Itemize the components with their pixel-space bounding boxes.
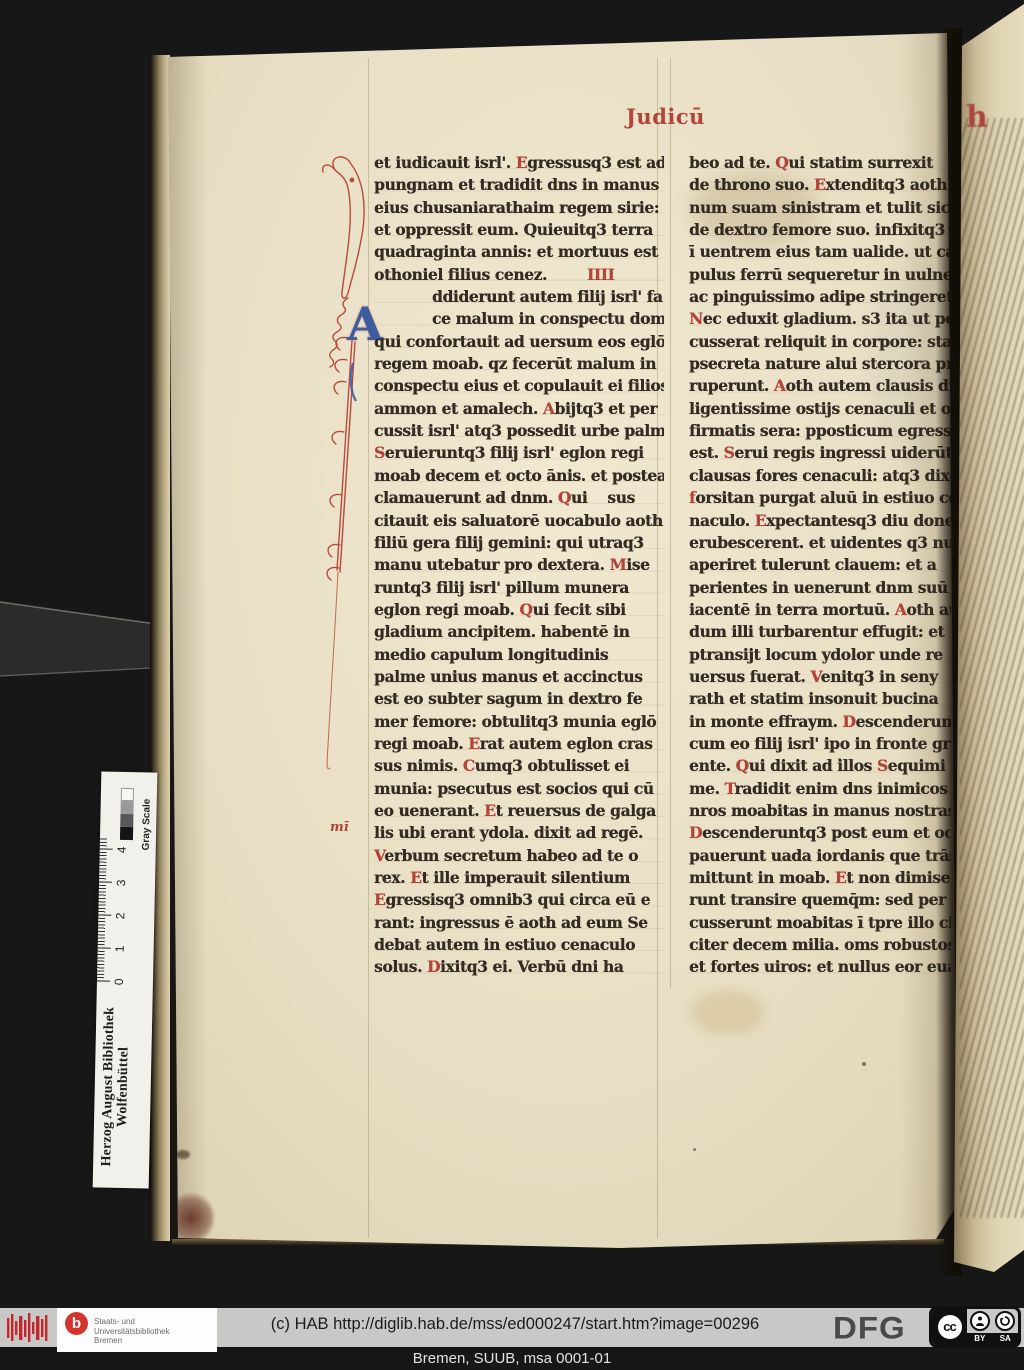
parchment-stain: [176, 1150, 190, 1159]
manuscript-line: sus nimis. Cumq3 obtulisset ei: [374, 755, 664, 777]
manuscript-line: ce malum in conspectu domini:: [432, 308, 664, 330]
manuscript-line: eo uenerant. Et reuersus de galga: [374, 800, 664, 822]
manuscript-line: de dextro femore suo. infixitq3 eā: [689, 219, 951, 241]
bremen-barcode-logo: [5, 1311, 51, 1344]
manuscript-line: perientes in uenerunt dnm suū: [689, 577, 951, 599]
page-shading-left: [168, 57, 208, 1242]
manuscript-line: munia: psecutus est socios qui cū: [374, 778, 664, 800]
manuscript-line: dum illi turbarentur effugit: et: [689, 621, 951, 643]
manuscript-line: lis ubi erant ydola. dixit ad regē.: [374, 822, 664, 844]
ruler-ticks: [97, 837, 113, 987]
manuscript-line: cusserat reliquit in corpore: stati: [689, 331, 951, 353]
manuscript-line: conspectu eius et copulauit ei filios: [374, 375, 664, 397]
manuscript-line: Verbum secretum habeo ad te o: [374, 845, 664, 867]
manuscript-line: psecreta nature alui stercora pro: [689, 353, 951, 375]
manuscript-line: ac pinguissimo adipe stringeret.: [689, 286, 951, 308]
ruler-number: 0: [112, 976, 126, 988]
manuscript-line: palme unius manus et accinctus: [374, 666, 664, 688]
copyright-url: (c) HAB http://diglib.hab.de/mss/ed00024…: [225, 1315, 805, 1334]
dfg-logo: DFG: [833, 1309, 906, 1346]
manuscript-line: est eo subter sagum in dextro fe: [374, 688, 664, 710]
manuscript-line: pulus ferrū sequeretur in uulne.: [689, 264, 951, 286]
manuscript-line: rath et statim insonuit bucina: [689, 688, 951, 710]
manuscript-line: rant: ingressus ē aoth ad eum Se: [374, 912, 664, 934]
manuscript-line: clausas fores cenaculi: atq3 dixerūt.: [689, 465, 951, 487]
manuscript-line: regi moab. Erat autem eglon cras: [374, 733, 664, 755]
manuscript-line: in monte effraym. Descenderuntq3: [689, 711, 951, 733]
page-stack-edge: [150, 55, 170, 1241]
manuscript-line: rex. Et ille imperauit silentium: [374, 867, 664, 889]
manuscript-line: de throno suo. Extenditq3 aoth ma: [689, 174, 951, 196]
manuscript-line: qui confortauit ad uersum eos eglō: [374, 331, 664, 353]
grayscale-swatch-dark: [120, 814, 133, 827]
text-column-2: beo ad te. Qui statim surrexitde throno …: [689, 152, 951, 979]
manuscript-line: clamauerunt ad dnm. Qui sus: [374, 487, 664, 509]
manuscript-line: debat autem in estiuo cenaculo: [374, 934, 664, 956]
ruler-number: 1: [113, 943, 127, 955]
ruler-number: 3: [114, 877, 128, 889]
manuscript-line: quadraginta annis: et mortuus est: [374, 241, 664, 263]
grayscale-label: Gray Scale: [141, 799, 153, 851]
grayscale-swatch-white: [121, 788, 134, 801]
page-holder-band: [0, 588, 172, 684]
manuscript-line: manu utebatur pro dextera. Mise: [374, 554, 664, 576]
manuscript-line: et oppressit eum. Quieuitq3 terra: [374, 219, 664, 241]
marginal-note: mī: [330, 820, 349, 835]
manuscript-line: ī uentrem eius tam ualide. ut ca: [689, 241, 951, 263]
reference-ruler: Herzog August Bibliothek Wolfenbüttel 01…: [93, 771, 158, 1188]
manuscript-line: cusserunt moabitas ī tpre illo cir: [689, 912, 951, 934]
manuscript-line: uersus fuerat. Venitq3 in seny: [689, 666, 951, 688]
manuscript-line: runtq3 filij isrl' pillum munera: [374, 577, 664, 599]
parchment-speck: [862, 1062, 866, 1066]
cc-license-labels: BYSA: [967, 1333, 1018, 1345]
image-caption: Bremen, SUUB, msa 0001-01: [0, 1350, 1024, 1367]
manuscript-line: naculo. Expectantesq3 diu donec: [689, 510, 951, 532]
ruler-library-name: Herzog August Bibliothek Wolfenbüttel: [99, 986, 133, 1189]
manuscript-line: est. Serui regis ingressi uiderūt: [689, 442, 951, 464]
bremen-library-logo: b Staats- und Universitätsbibliothek Bre…: [57, 1308, 217, 1352]
ruling-line: [670, 58, 671, 988]
parchment-stain: [168, 1192, 214, 1244]
manuscript-line: gladium ancipitem. habentē in: [374, 621, 664, 643]
manuscript-line: ruperunt. Aoth autem clausis di: [689, 375, 951, 397]
ruler-number: 4: [115, 844, 129, 856]
manuscript-line: Seruieruntq3 filij isrl' eglon regi: [374, 442, 664, 464]
bremen-logo-icon: b: [65, 1312, 88, 1335]
manuscript-line: citauit eis saluatorē uocabulo aoth: [374, 510, 664, 532]
manuscript-line: solus. Dixitq3 ei. Verbū dni ha: [374, 956, 664, 978]
manuscript-line: firmatis sera: pposticum egress9: [689, 420, 951, 442]
parchment-stain: [690, 990, 765, 1035]
text-column-1: et iudicauit isrl'. Egressusq3 est adpun…: [374, 152, 664, 979]
manuscript-line: ammon et amalech. Abijtq3 et per: [374, 398, 664, 420]
manuscript-line: Nec eduxit gladium. s3 ita ut per: [689, 308, 951, 330]
cc-sa-arrow-icon: [995, 1311, 1015, 1331]
grayscale-swatch-black: [120, 827, 133, 840]
manuscript-line: et iudicauit isrl'. Egressusq3 est ad: [374, 152, 664, 174]
manuscript-line: ente. Qui dixit ad illos Sequimi: [689, 755, 951, 777]
manuscript-line: pungnam et tradidit dns in manus: [374, 174, 664, 196]
cc-by-person-icon: [970, 1311, 990, 1331]
manuscript-line: cussit isrl' atq3 possedit urbe palmar: [374, 420, 664, 442]
parchment-speck: [693, 1148, 696, 1151]
manuscript-line: erubescerent. et uidentes q3 null9: [689, 532, 951, 554]
manuscript-line: ligentissime ostijs cenaculi et ob: [689, 398, 951, 420]
manuscript-line: forsitan purgat aluū in estiuo ce: [689, 487, 951, 509]
facing-page-initial: h: [966, 100, 988, 135]
manuscript-line: me. Tradidit enim dns inimicos: [689, 778, 951, 800]
grayscale-swatch-mid: [120, 801, 133, 814]
manuscript-line: ptransijt locum ydolor unde re: [689, 644, 951, 666]
manuscript-line: runt transire quemq̄m: sed per: [689, 889, 951, 911]
manuscript-line: citer decem milia. oms robustos: [689, 934, 951, 956]
bremen-logo-text: Staats- und Universitätsbibliothek Breme…: [94, 1317, 170, 1346]
manuscript-line: eglon regi moab. Qui fecit sibi: [374, 599, 664, 621]
manuscript-line: Egressisq3 omnib3 qui circa eū e: [374, 889, 664, 911]
manuscript-line: num suam sinistram et tulit sicam: [689, 197, 951, 219]
facing-page-text: [960, 118, 1024, 1218]
manuscript-line: beo ad te. Qui statim surrexit: [689, 152, 951, 174]
manuscript-line: regem moab. qz fecerūt malum in: [374, 353, 664, 375]
digitized-manuscript-viewer: Judicū A mī: [0, 0, 1024, 1370]
manuscript-line: ddiderunt autem filij isrl' fa: [432, 286, 664, 308]
facing-page: h: [954, 0, 1024, 1280]
ruler-number: 2: [113, 910, 127, 922]
manuscript-line: medio capulum longitudinis: [374, 644, 664, 666]
manuscript-line: nros moabitas in manus nostras.: [689, 800, 951, 822]
manuscript-line: filiū gera filij gemini: qui utraq3: [374, 532, 664, 554]
manuscript-line: othoniel filius cenez. IIII: [374, 264, 664, 286]
manuscript-line: cum eo filij isrl' ipo in fronte gradi: [689, 733, 951, 755]
manuscript-line: mittunt in moab. Et non dimise: [689, 867, 951, 889]
manuscript-line: Descenderuntq3 post eum et occu: [689, 822, 951, 844]
manuscript-line: pauerunt uada iordanis que trās: [689, 845, 951, 867]
manuscript-line: aperiret tulerunt clauem: et a: [689, 554, 951, 576]
manuscript-line: iacentē in terra mortuū. Aoth aū: [689, 599, 951, 621]
running-title: Judicū: [626, 104, 705, 129]
manuscript-line: et fortes uiros: et nullus eor eua: [689, 956, 951, 978]
creative-commons-license: cc BYSA: [929, 1306, 1021, 1348]
cc-logo-icon: cc: [932, 1309, 967, 1345]
manuscript-line: eius chusaniarathaim regem sirie:: [374, 197, 664, 219]
manuscript-line: mer femore: obtulitq3 munia eglō: [374, 711, 664, 733]
manuscript-line: moab decem et octo ānis. et postea: [374, 465, 664, 487]
